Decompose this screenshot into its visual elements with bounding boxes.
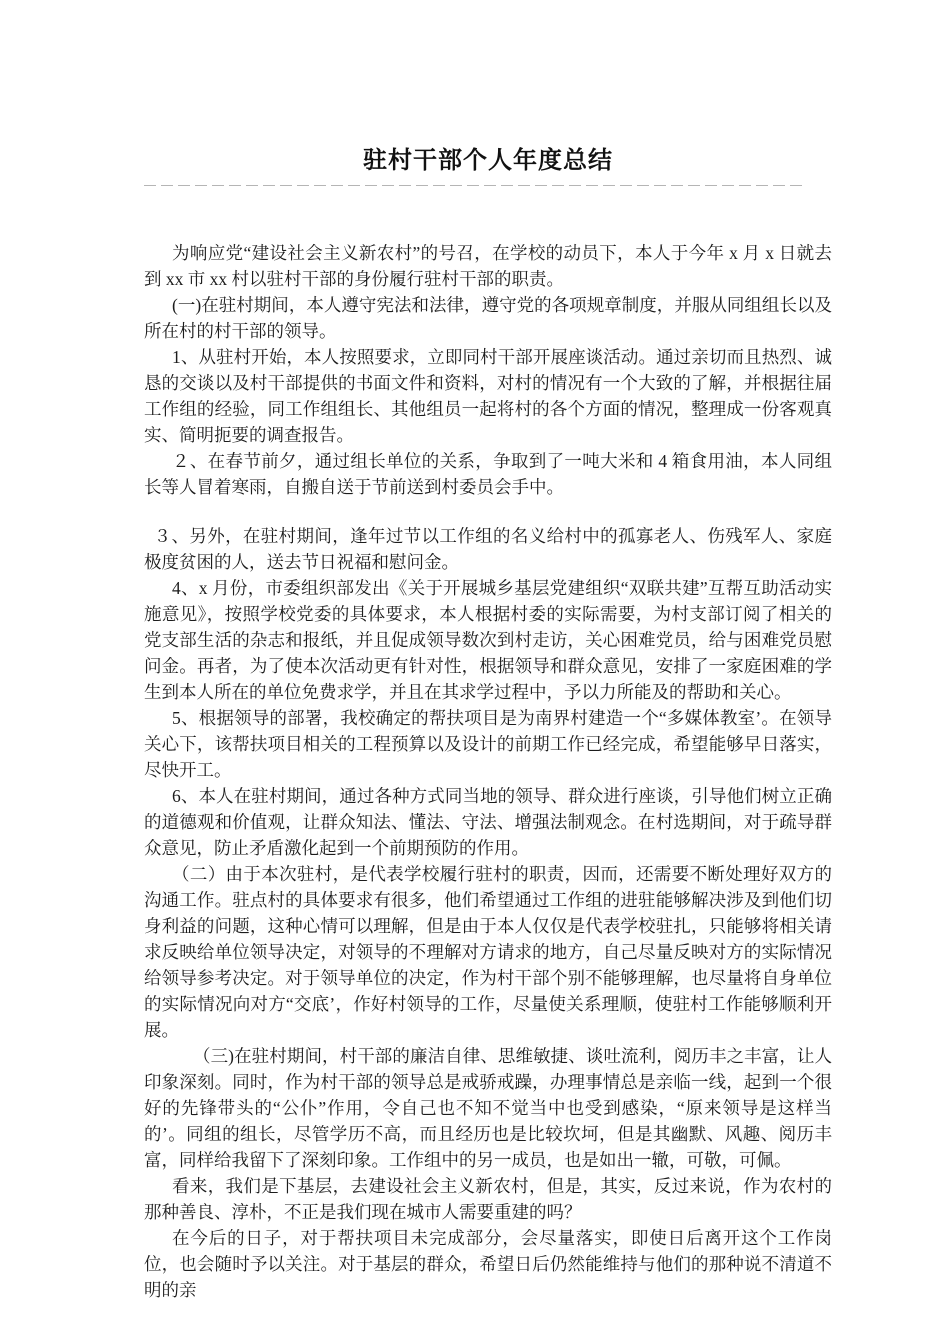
- document-title: 驻村干部个人年度总结: [144, 146, 832, 176]
- paragraph-section-2: （二）由于本次驻村，是代表学校履行驻村的职责，因而，还需要不断处理好双方的沟通工…: [144, 861, 832, 1043]
- paragraph-item-1: 1、从驻村开始，本人按照要求，立即同村干部开展座谈活动。通过亲切而且热烈、诚恳的…: [144, 344, 832, 448]
- paragraph-item-3: ３、另外，在驻村期间，逢年过节以工作组的名义给村中的孤寡老人、伤残军人、家庭极度…: [144, 523, 832, 575]
- document-body: 为响应党“建设社会主义新农村”的号召，在学校的动员下，本人于今年 x 月 x 日…: [144, 240, 832, 1303]
- paragraph-item-2: ２、在春节前夕，通过组长单位的关系，争取到了一吨大米和 4 箱食用油，本人同组长…: [144, 448, 832, 500]
- paragraph-item-5: 5、根据领导的部署，我校确定的帮扶项目是为南界村建造一个“多媒体教室’。在领导关…: [144, 705, 832, 783]
- document-page: 驻村干部个人年度总结 为响应党“建设社会主义新农村”的号召，在学校的动员下，本人…: [0, 0, 950, 1344]
- paragraph-section-3: （三)在驻村期间，村干部的廉洁自律、思维敏捷、谈吐流利，阅历丰之丰富，让人印象深…: [144, 1043, 832, 1173]
- paragraph-item-6: 6、本人在驻村期间，通过各种方式同当地的领导、群众进行座谈，引导他们树立正确的道…: [144, 783, 832, 861]
- paragraph-section-1: (一)在驻村期间，本人遵守宪法和法律，遵守党的各项规章制度，并服从同组组长以及所…: [144, 292, 832, 344]
- paragraph-item-4: 4、x 月份，市委组织部发出《关于开展城乡基层党建组织“双联共建”互帮互助活动实…: [144, 575, 832, 705]
- paragraph-outlook: 在今后的日子，对于帮扶项目未完成部分，会尽量落实，即使日后离开这个工作岗位，也会…: [144, 1225, 832, 1303]
- title-underline-dashed-rule: [144, 185, 807, 186]
- paragraph-intro: 为响应党“建设社会主义新农村”的号召，在学校的动员下，本人于今年 x 月 x 日…: [144, 240, 832, 292]
- paragraph-reflection: 看来，我们是下基层，去建设社会主义新农村，但是，其实，反过来说，作为农村的那种善…: [144, 1173, 832, 1225]
